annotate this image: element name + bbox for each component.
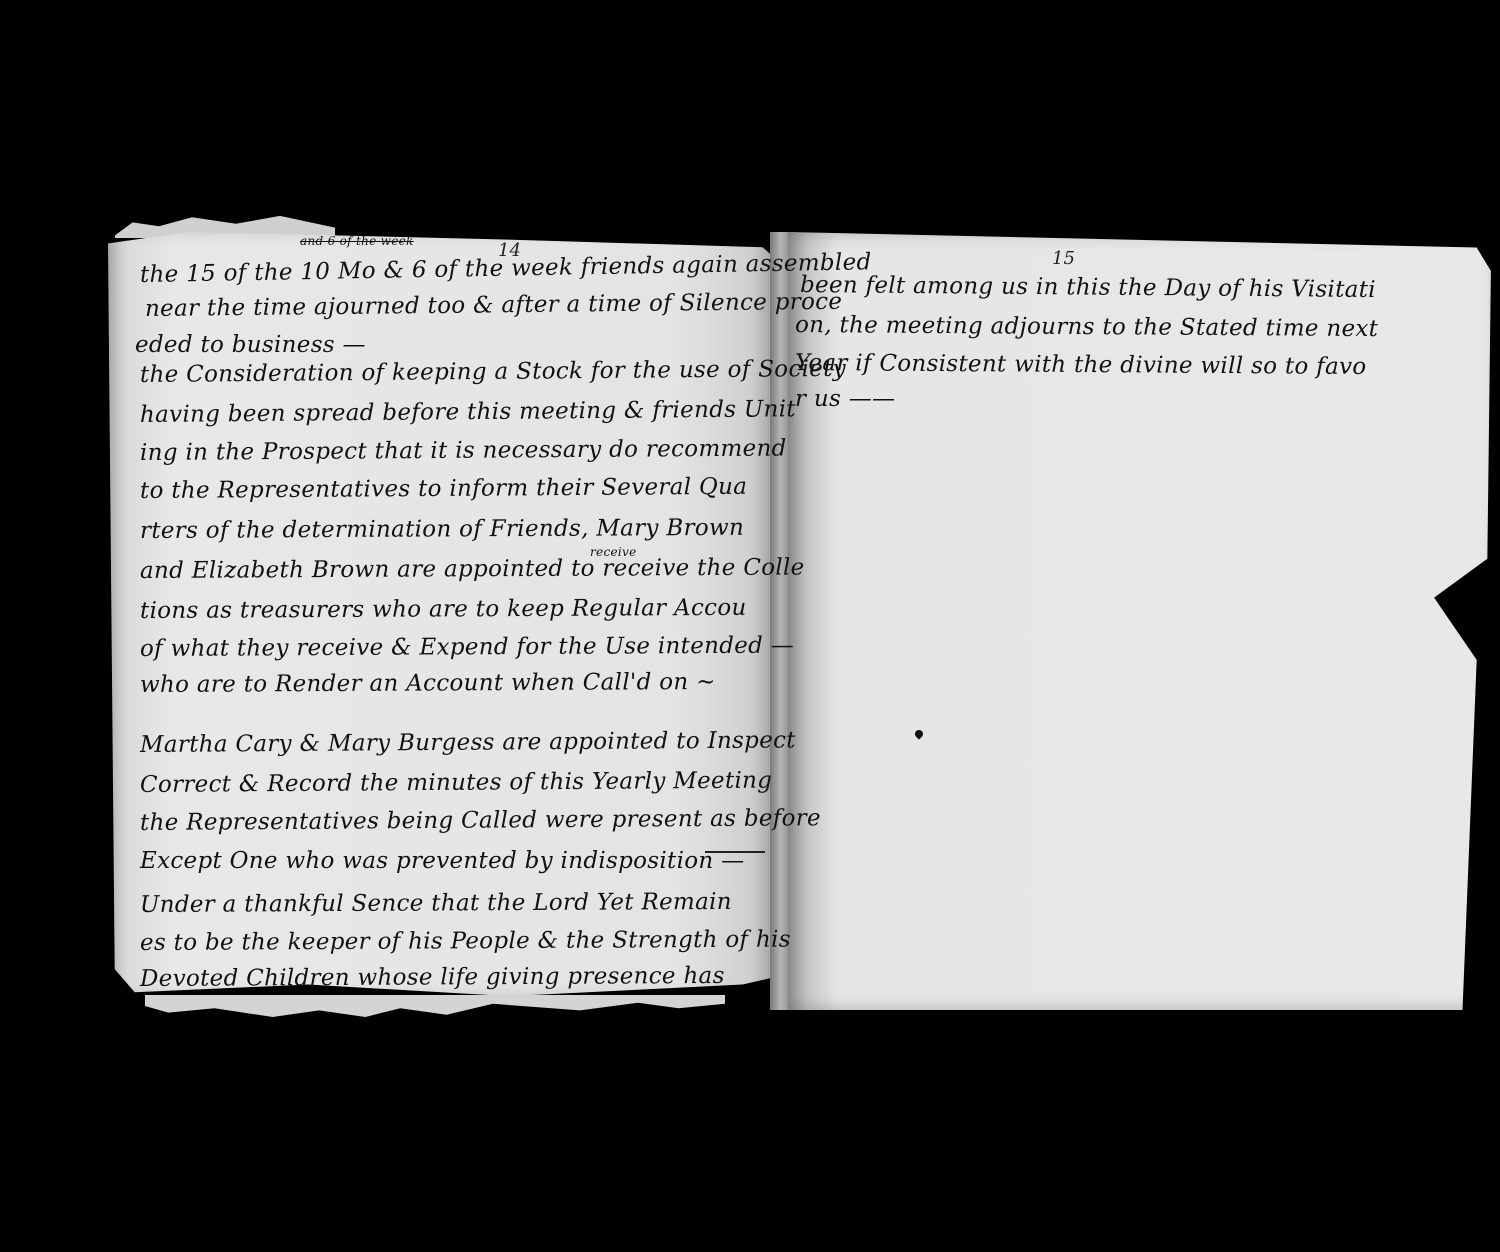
manuscript-line: rters of the determination of Friends, M…: [140, 515, 744, 544]
manuscript-line: tions as treasurers who are to keep Regu…: [140, 595, 747, 624]
manuscript-line: to the Representatives to inform their S…: [140, 474, 747, 504]
manuscript-line: and Elizabeth Brown are appointed to rec…: [140, 555, 805, 584]
manuscript-line: eded to business —: [135, 332, 366, 358]
right-page: [788, 232, 1498, 1010]
manuscript-line: been felt among us in this the Day of hi…: [800, 272, 1376, 303]
manuscript-line: Except One who was prevented by indispos…: [140, 848, 744, 874]
line-end-dash: [705, 851, 765, 853]
manuscript-line: Martha Cary & Mary Burgess are appointed…: [140, 727, 796, 758]
page-number-right: 15: [1052, 248, 1075, 269]
manuscript-line: who are to Render an Account when Call'd…: [140, 669, 716, 698]
manuscript-line: on, the meeting adjourns to the Stated t…: [795, 312, 1378, 342]
manuscript-line: ing in the Prospect that it is necessary…: [140, 435, 787, 466]
manuscript-line: Devoted Children whose life giving prese…: [140, 963, 725, 992]
manuscript-line: r us ——: [795, 386, 895, 412]
interlineation-struck: and 6 of the week: [300, 234, 414, 248]
manuscript-line: the Representatives being Called were pr…: [140, 805, 821, 836]
manuscript-line: es to be the keeper of his People & the …: [140, 927, 791, 956]
manuscript-line: Correct & Record the minutes of this Yea…: [140, 768, 772, 798]
torn-page-edges-bottom: [145, 995, 725, 1017]
manuscript-line: Under a thankful Sence that the Lord Yet…: [140, 889, 732, 918]
manuscript-line: of what they receive & Expend for the Us…: [140, 633, 794, 662]
manuscript-line: Year if Consistent with the divine will …: [795, 350, 1367, 380]
